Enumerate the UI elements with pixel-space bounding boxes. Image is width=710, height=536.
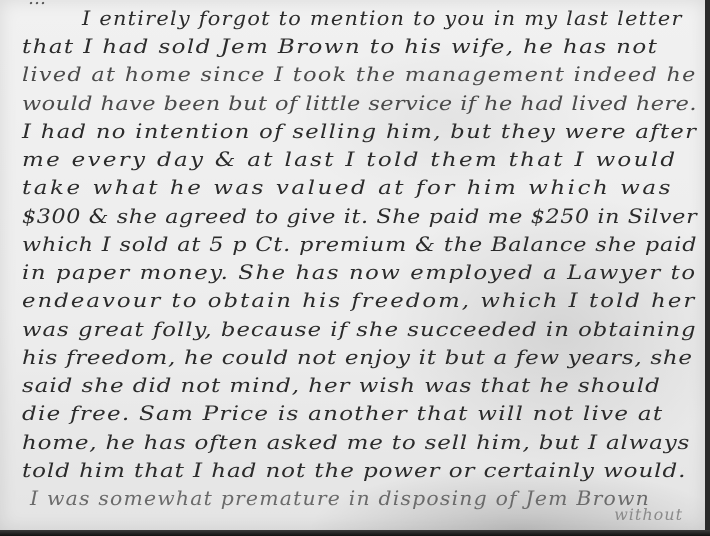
letter-line: was great folly, because if she succeede… [22,317,697,341]
letter-line: that I had sold Jem Brown to his wife, h… [22,34,658,58]
page-edge-bottom [0,530,710,536]
letter-line: endeavour to obtain his freedom, which I… [22,288,696,312]
letter-line: would have been but of little service if… [22,91,697,115]
catchword: without [614,505,683,524]
letter-line: me every day & at last I told them that … [22,147,677,171]
letter-line: I was somewhat premature in disposing of… [30,486,650,510]
letter-line: which I sold at 5 p Ct. premium & the Ba… [22,232,697,256]
letter-line: his freedom, he could not enjoy it but a… [22,345,693,369]
letter-line: lived at home since I took the managemen… [22,62,697,86]
letter-line: I had no intention of selling him, but t… [22,119,697,143]
letter-line: take what he was valued at for him which… [22,175,673,199]
letter-line: in paper money. She has now employed a L… [22,260,697,284]
letter-line: $300 & she agreed to give it. She paid m… [22,204,697,228]
letter-line: home, he has often asked me to sell him,… [22,430,690,454]
letter-line: said she did not mind, her wish was that… [22,373,661,397]
letter-line: I entirely forgot to mention to you in m… [82,6,683,30]
letter-line: told him that I had not the power or cer… [22,458,686,482]
letter-body: … I entirely forgot to mention to you in… [0,0,705,530]
letter-line: die free. Sam Price is another that will… [22,401,663,425]
cropped-previous-line: … [28,0,46,9]
page-edge-right [705,0,710,536]
